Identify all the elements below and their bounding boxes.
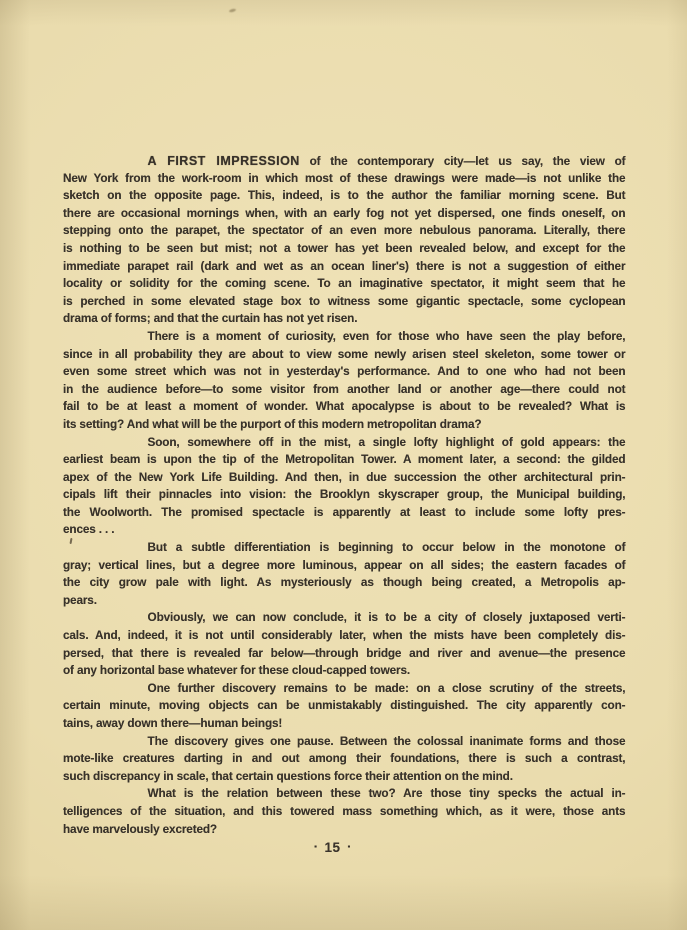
text-line: What is the relation between these two? … <box>63 785 625 803</box>
text-line: in the audience before—to some visitor f… <box>63 381 625 399</box>
text-line: of any horizontal base whatever for thes… <box>63 662 625 680</box>
scan-speck <box>229 8 237 13</box>
page-number: ▪15▪ <box>0 840 676 855</box>
text-line: There is a moment of curiosity, even for… <box>63 328 625 346</box>
text-line: telligences of the situation, and this t… <box>63 803 625 821</box>
paragraph-3: Soon, somewhere off in the mist, a singl… <box>63 434 625 540</box>
paragraph-8: What is the relation between these two? … <box>63 785 625 838</box>
footer-dot-left-icon: ▪ <box>314 842 317 851</box>
text-line: have marvelously excreted? <box>63 821 625 839</box>
text-line-rest: of the contemporary city—let us say, the… <box>310 154 626 168</box>
text-line: But a subtle differentiation is beginnin… <box>63 539 625 557</box>
text-line: pears. <box>63 592 625 610</box>
text-line: the city grow pale with light. As myster… <box>63 574 625 592</box>
text-line: the Woolworth. The promised spectacle is… <box>63 504 625 522</box>
text-line: even some street which was not in yester… <box>63 363 625 381</box>
text-line: drama of forms; and that the curtain has… <box>63 310 625 328</box>
text-line: ences . . . <box>63 521 625 539</box>
text-line: apex of the New York Life Building. And … <box>63 469 625 487</box>
paragraph-2: There is a moment of curiosity, even for… <box>63 328 625 434</box>
text-line: cipals lift their pinnacles into vision:… <box>63 486 625 504</box>
text-line: cals. And, indeed, it is not until consi… <box>63 627 625 645</box>
paragraph-7: The discovery gives one pause. Between t… <box>63 733 625 786</box>
text-line: there are occasional mornings when, with… <box>63 205 625 223</box>
text-line: The discovery gives one pause. Between t… <box>63 733 625 751</box>
text-line: Obviously, we can now conclude, it is to… <box>63 609 625 627</box>
text-line: mote-like creatures darting in and out a… <box>63 750 625 768</box>
text-line: since in all probability they are about … <box>63 346 625 364</box>
text-line: New York from the work-room in which mos… <box>63 170 625 188</box>
text-line: stepping onto the parapet, the spectator… <box>63 222 625 240</box>
text-line: fail to be at least a moment of wonder. … <box>63 398 625 416</box>
paragraph-lead: A FIRST IMPRESSION <box>148 153 300 168</box>
text-line: A FIRST IMPRESSION of the contemporary c… <box>63 152 625 170</box>
text-line: is nothing to be seen but mist; not a to… <box>63 240 625 258</box>
text-line: tains, away down there—human beings! <box>63 715 625 733</box>
text-line: certain minute, moving objects can be un… <box>63 697 625 715</box>
paragraph-5: Obviously, we can now conclude, it is to… <box>63 609 625 679</box>
text-line: is perched in some elevated stage box to… <box>63 293 625 311</box>
text-line: gray; vertical lines, but a degree more … <box>63 557 625 575</box>
text-line: such discrepancy in scale, that certain … <box>63 768 625 786</box>
paragraph-4: But a subtle differentiation is beginnin… <box>63 539 625 609</box>
paragraph-6: One further discovery remains to be made… <box>63 680 625 733</box>
text-line: sketch on the opposite page. This, indee… <box>63 187 625 205</box>
text-block: A FIRST IMPRESSION of the contemporary c… <box>63 152 625 838</box>
text-line: locality or solidity for the coming scen… <box>63 275 625 293</box>
book-page: { "page": { "paper_color": "#e9dbad", "i… <box>0 0 687 930</box>
paragraph-1: A FIRST IMPRESSION of the contemporary c… <box>63 152 625 328</box>
text-line: One further discovery remains to be made… <box>63 680 625 698</box>
footer-dot-right-icon: ▪ <box>348 842 351 851</box>
text-line: Soon, somewhere off in the mist, a singl… <box>63 434 625 452</box>
text-line: earliest beam is upon the tip of the Met… <box>63 451 625 469</box>
text-line: its setting? And what will be the purpor… <box>63 416 625 434</box>
text-line: immediate parapet rail (dark and wet as … <box>63 258 625 276</box>
page-number-value: 15 <box>324 840 340 855</box>
text-line: persed, that there is revealed far below… <box>63 645 625 663</box>
